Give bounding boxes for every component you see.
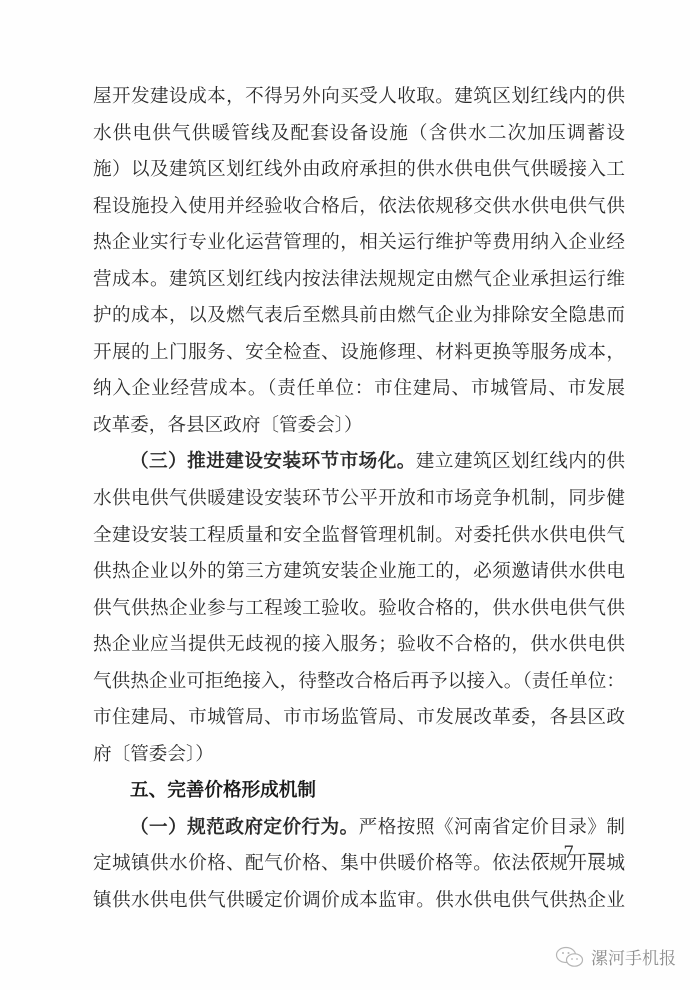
text-span: 严格按照《河南省定价目录》制	[359, 817, 625, 838]
section-heading: 五、完善价格形成机制	[93, 773, 625, 810]
text-line: 开展的上门服务、安全检查、设施修理、材料更换等服务成本，	[93, 335, 625, 372]
page-number: — 7 —	[533, 843, 609, 863]
text-line: 气供热企业可拒绝接入，待整改合格后再予以接入。（责任单位：	[93, 664, 625, 701]
text-line: 市住建局、市城管局、市市场监管局、市发展改革委，各县区政	[93, 700, 625, 737]
section-lead: （一）规范政府定价行为。	[130, 817, 359, 838]
text-line: 水供电供气供暖管线及配套设备设施（含供水二次加压调蓄设	[93, 116, 625, 153]
document-page: 屋开发建设成本，不得另外向买受人收取。建筑区划红线内的供 水供电供气供暖管线及配…	[0, 0, 700, 990]
wechat-icon	[555, 945, 585, 969]
body-text: 屋开发建设成本，不得另外向买受人收取。建筑区划红线内的供 水供电供气供暖管线及配…	[93, 79, 625, 920]
section-lead-line: （三）推进建设安装环节市场化。建立建筑区划红线内的供	[93, 444, 625, 481]
text-line: 纳入企业经营成本。（责任单位：市住建局、市城管局、市发展	[93, 371, 625, 408]
text-line: 热企业实行专业化运营管理的，相关运行维护等费用纳入企业经	[93, 225, 625, 262]
text-line: 改革委，各县区政府〔管委会〕）	[93, 408, 625, 445]
text-line: 水供电供气供暖建设安装环节公平开放和市场竞争机制，同步健	[93, 481, 625, 518]
watermark: 漯河手机报	[555, 944, 676, 969]
section-lead: （三）推进建设安装环节市场化。	[130, 451, 416, 472]
text-line: 施）以及建筑区划红线外由政府承担的供水供电供气供暖接入工	[93, 152, 625, 189]
text-line: 屋开发建设成本，不得另外向买受人收取。建筑区划红线内的供	[93, 79, 625, 116]
text-span: 建立建筑区划红线内的供	[416, 451, 625, 472]
text-line: 热企业应当提供无歧视的接入服务；验收不合格的，供水供电供	[93, 627, 625, 664]
text-line: 供气供热企业参与工程竣工验收。验收合格的，供水供电供气供	[93, 591, 625, 628]
text-line: 程设施投入使用并经验收合格后，依法依规移交供水供电供气供	[93, 189, 625, 226]
text-line: 全建设安装工程质量和安全监督管理机制。对委托供水供电供气	[93, 518, 625, 555]
text-line: 府〔管委会〕）	[93, 737, 625, 774]
watermark-text: 漯河手机报	[591, 944, 676, 969]
text-line: 护的成本，以及燃气表后至燃具前由燃气企业为排除安全隐患而	[93, 298, 625, 335]
section-lead-line: （一）规范政府定价行为。严格按照《河南省定价目录》制	[93, 810, 625, 847]
text-line: 镇供水供电供气供暖定价调价成本监审。供水供电供气供热企业	[93, 883, 625, 920]
text-line: 营成本。建筑区划红线内按法律法规规定由燃气企业承担运行维	[93, 262, 625, 299]
text-line: 供热企业以外的第三方建筑安装企业施工的，必须邀请供水供电	[93, 554, 625, 591]
